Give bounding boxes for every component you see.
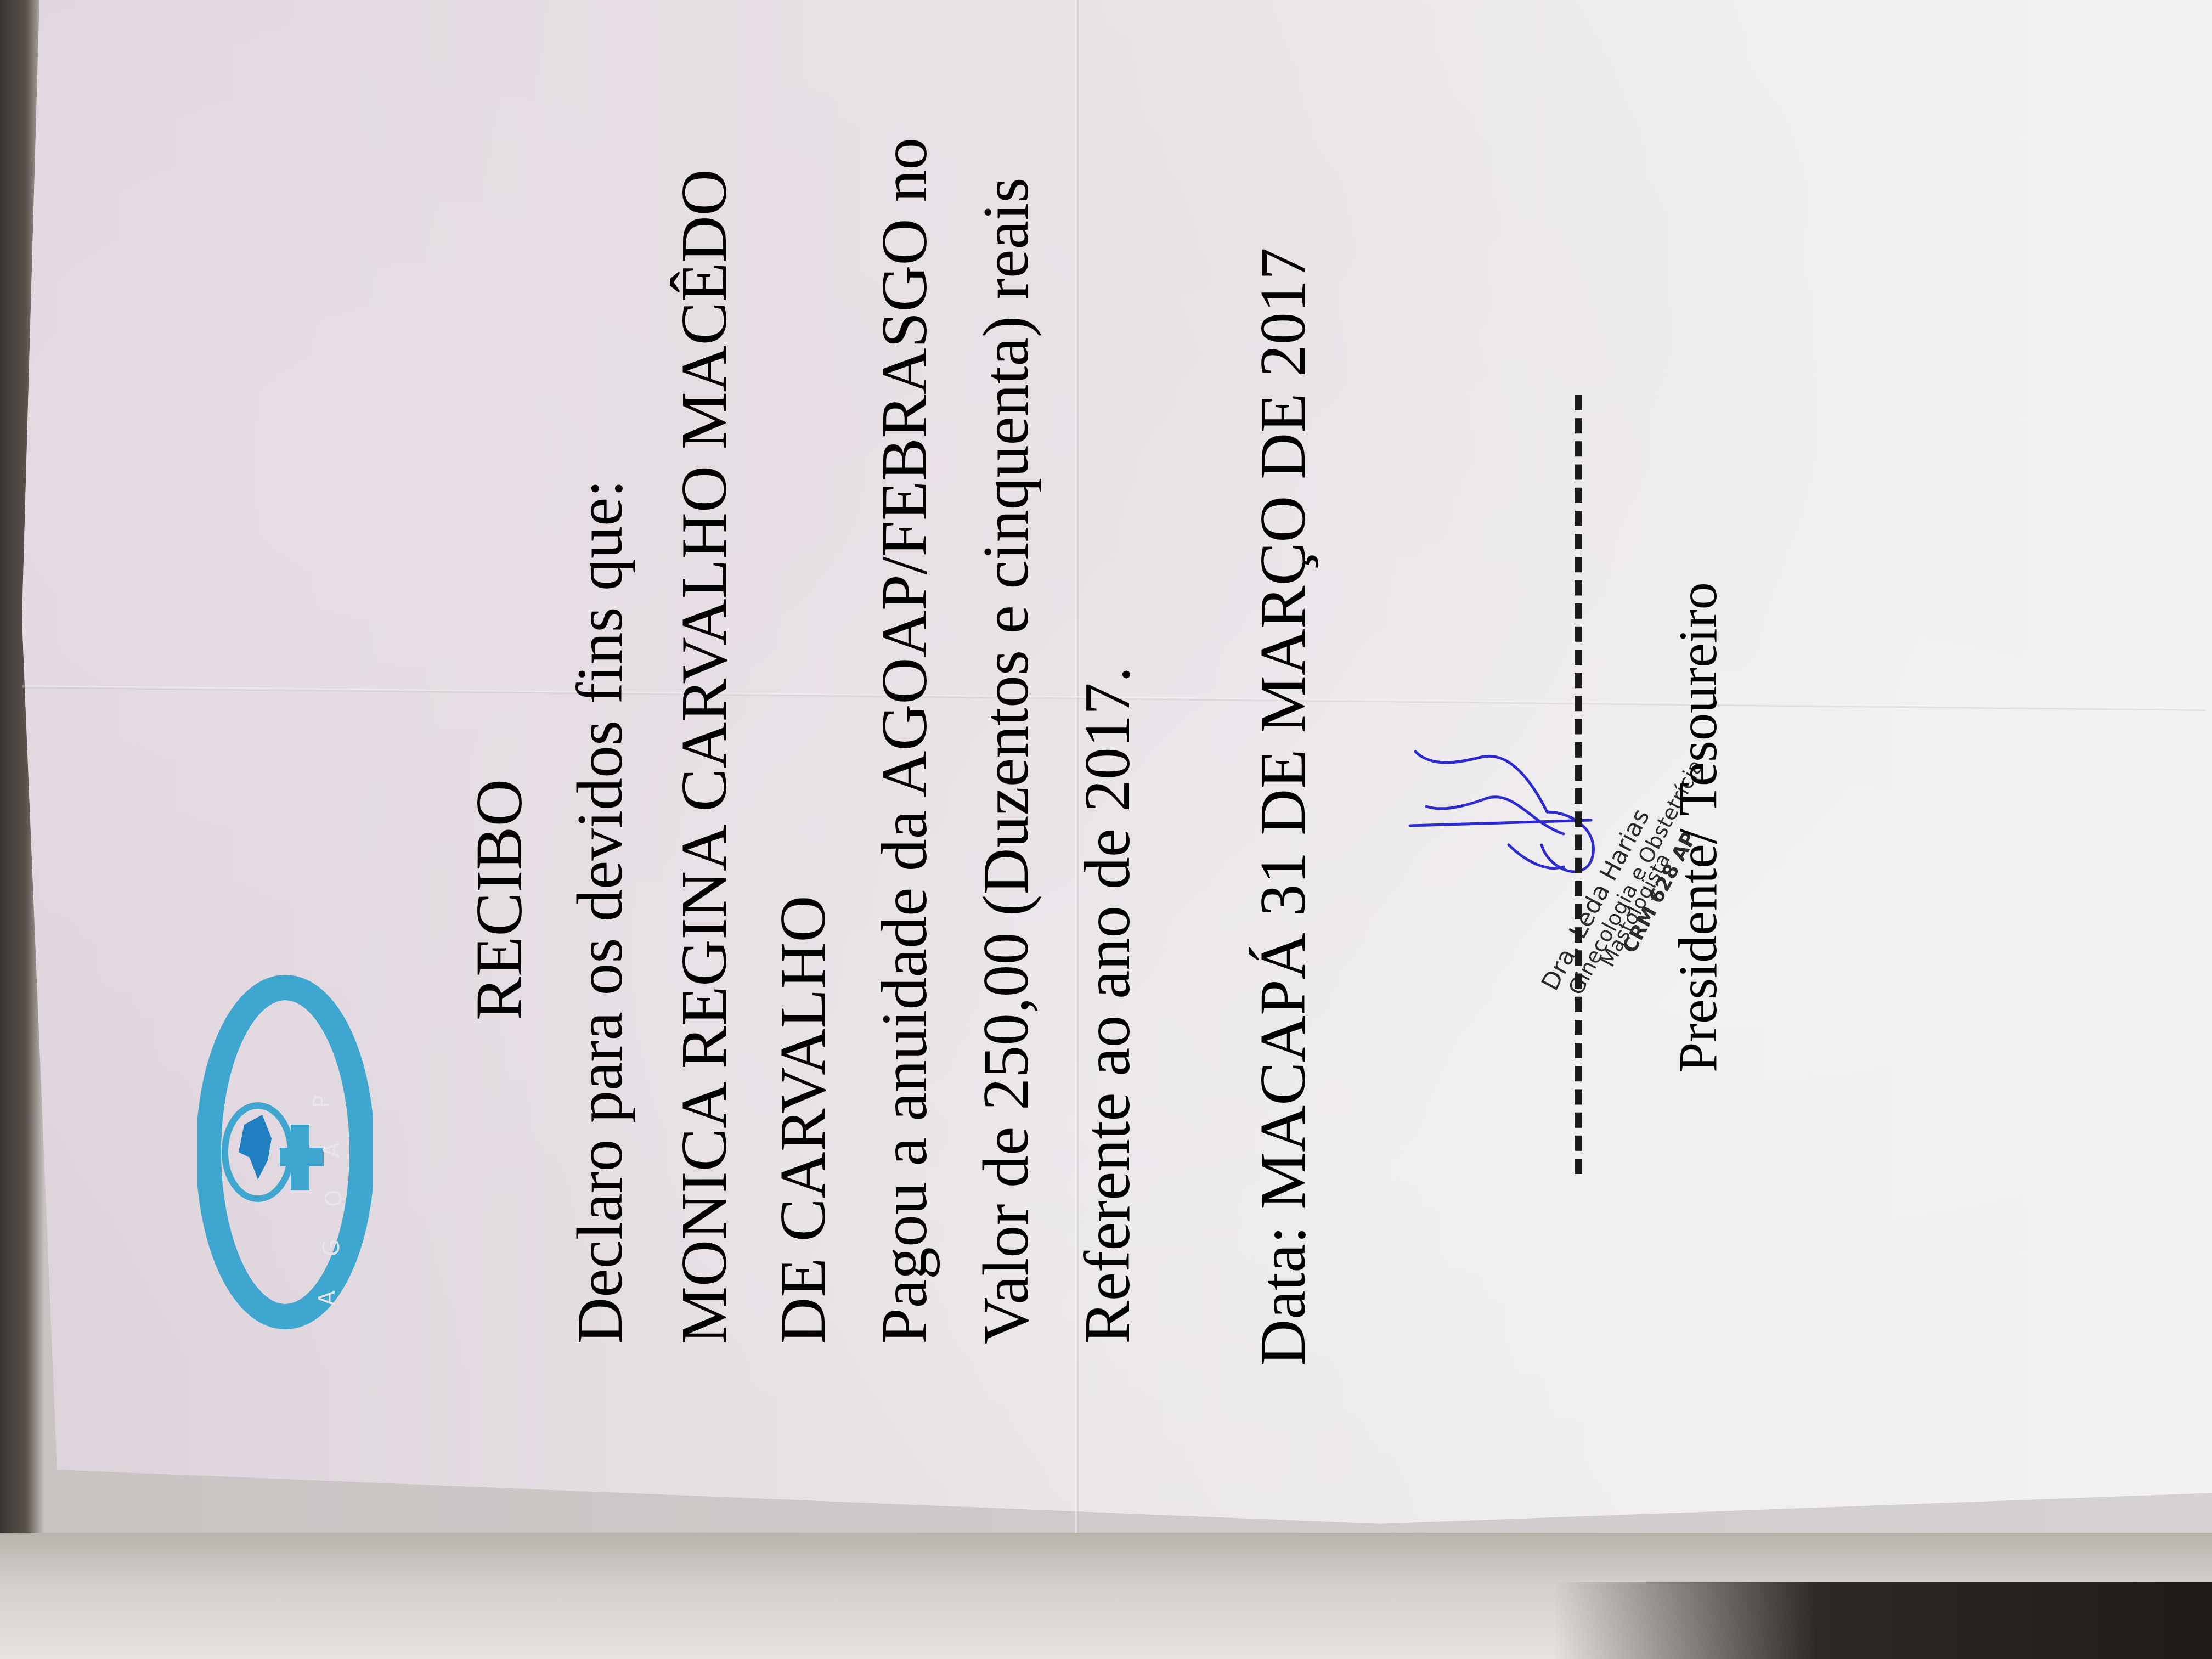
payment-value: Valor de 250,00 (Duzentos e cinquenta) r… [974,177,1039,1344]
signature-label: Presidente/ Tesoureiro [1671,582,1725,1073]
receipt-intro: Declaro para os devidos fins que: [568,479,633,1344]
reference-year: Referente ao ano de 2017. [1075,667,1140,1344]
signature-line [1575,395,1582,1174]
payment-description: Pagou a anuidade da AGOAP/FEBRASGO no [872,138,937,1344]
svg-text:A: A [315,1290,340,1306]
receipt-date: Data: MACAPÁ 31 DE MARÇO DE 2017 [1251,247,1316,1366]
svg-text:P: P [309,1095,335,1108]
payer-name-line-2: DE CARVALHO [771,895,836,1344]
table-surface [0,1533,2212,1659]
payer-name-line-1: MONICA REGINA CARVALHO MACÊDO [672,169,737,1344]
svg-text:O: O [321,1190,347,1207]
agoap-logo-icon: A G O A AGOAP P [198,971,373,1333]
svg-text:G: G [319,1239,345,1256]
svg-text:A: A [319,1142,345,1158]
receipt-title: RECIBO [466,779,532,1020]
